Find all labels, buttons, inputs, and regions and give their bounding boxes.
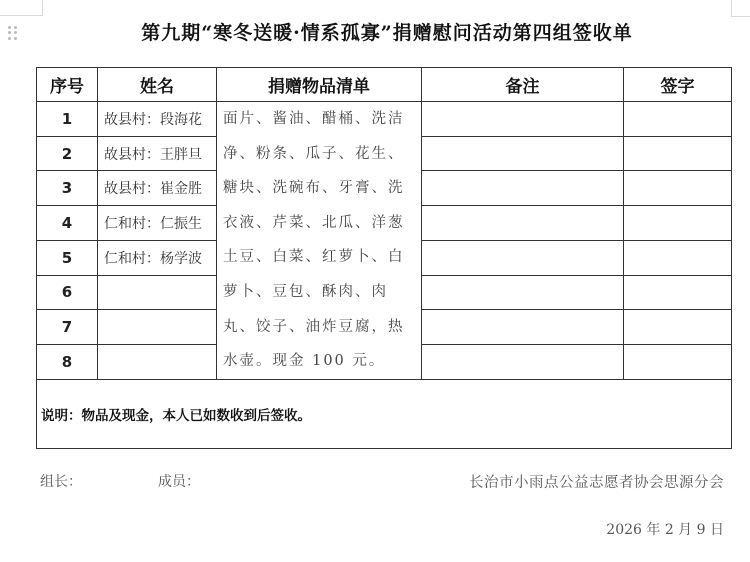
document-date: 2026 年 2 月 9 日 — [606, 519, 724, 539]
row-signature[interactable] — [624, 275, 732, 310]
row-name[interactable]: 仁和村：仁振生 — [98, 206, 217, 241]
row-remark[interactable] — [422, 102, 624, 137]
organization-name: 长治市小雨点公益志愿者协会思源分会 — [469, 471, 724, 492]
row-name[interactable]: 故县村：崔金胜 — [98, 171, 217, 206]
table-row: 1 故县村：段海花 面片、酱油、醋桶、洗洁净、粉条、瓜子、花生、糖块、洗碗布、牙… — [37, 102, 732, 137]
table-header-row: 序号 姓名 捐赠物品清单 备注 签字 — [37, 68, 732, 102]
row-remark[interactable] — [422, 206, 624, 241]
row-name[interactable] — [98, 345, 217, 380]
row-remark[interactable] — [422, 136, 624, 171]
receipt-note: 说明：物品及现金，本人已如数收到后签收。 — [37, 379, 732, 448]
row-name[interactable]: 故县村：王胖旦 — [98, 136, 217, 171]
header-remark: 备注 — [422, 68, 624, 102]
document-title: 第九期“寒冬送暖·情系孤寡”捐赠慰问活动第四组签收单 — [0, 18, 750, 45]
row-remark[interactable] — [422, 310, 624, 345]
row-remark[interactable] — [422, 171, 624, 206]
page-corner-mark-left — [0, 0, 43, 16]
header-signature: 签字 — [624, 68, 732, 102]
row-signature[interactable] — [624, 136, 732, 171]
group-member-label: 成员： — [158, 471, 200, 491]
row-number: 5 — [37, 240, 98, 275]
row-remark[interactable] — [422, 240, 624, 275]
donation-items-list: 面片、酱油、醋桶、洗洁净、粉条、瓜子、花生、糖块、洗碗布、牙膏、洗衣液、芹菜、北… — [217, 102, 422, 380]
row-number: 3 — [37, 171, 98, 206]
row-signature[interactable] — [624, 206, 732, 241]
page-corner-mark-right — [731, 0, 750, 17]
header-items: 捐赠物品清单 — [217, 68, 422, 102]
note-row: 说明：物品及现金，本人已如数收到后签收。 — [37, 379, 732, 448]
group-leader-label: 组长： — [40, 471, 82, 491]
row-signature[interactable] — [624, 345, 732, 380]
row-name[interactable] — [98, 275, 217, 310]
row-number: 1 — [37, 102, 98, 137]
row-number: 2 — [37, 136, 98, 171]
row-signature[interactable] — [624, 310, 732, 345]
row-name[interactable]: 故县村：段海花 — [98, 102, 217, 137]
row-number: 8 — [37, 345, 98, 380]
header-name: 姓名 — [98, 68, 217, 102]
row-remark[interactable] — [422, 275, 624, 310]
row-number: 4 — [37, 206, 98, 241]
row-number: 7 — [37, 310, 98, 345]
header-number: 序号 — [37, 68, 98, 102]
row-signature[interactable] — [624, 171, 732, 206]
row-name[interactable]: 仁和村：杨学波 — [98, 240, 217, 275]
receipt-table: 序号 姓名 捐赠物品清单 备注 签字 1 故县村：段海花 面片、酱油、醋桶、洗洁… — [36, 67, 732, 449]
row-signature[interactable] — [624, 102, 732, 137]
row-remark[interactable] — [422, 345, 624, 380]
row-number: 6 — [37, 275, 98, 310]
row-name[interactable] — [98, 310, 217, 345]
row-signature[interactable] — [624, 240, 732, 275]
